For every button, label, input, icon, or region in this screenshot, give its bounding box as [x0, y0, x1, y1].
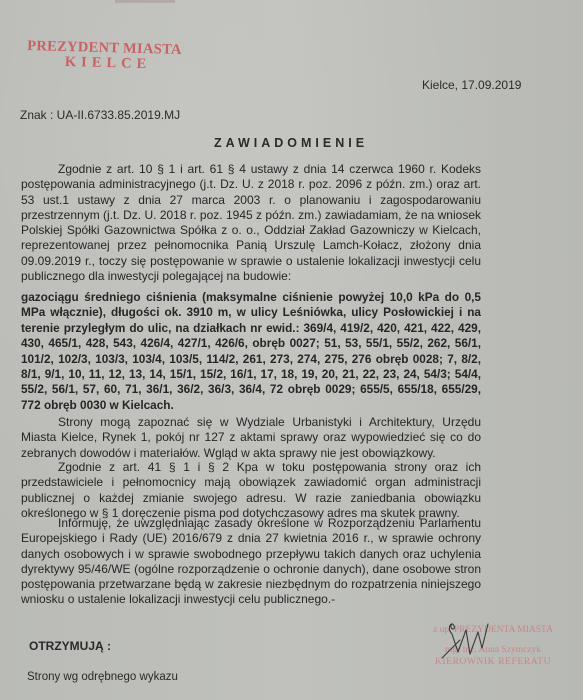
recipients-heading: OTRZYMUJĄ : — [29, 639, 111, 653]
paragraph-investment-description: gazociągu średniego ciśnienia (maksymaln… — [21, 290, 481, 413]
paragraph-gdpr-notice: Informuję, że uwzględniając zasady okreś… — [21, 516, 481, 608]
paragraph-case-files-access: Strony mogą zapoznać się w Wydziale Urba… — [21, 415, 481, 461]
recipients-list: Strony wg odrębnego wykazu — [27, 671, 178, 683]
paper-edge-mark — [115, 0, 175, 3]
reference-number: Znak : UA-II.6733.85.2019.MJ — [20, 108, 180, 122]
paragraph-address-change-duty-text: Zgodnie z art. 41 § 1 i § 2 Kpa w toku p… — [21, 460, 481, 520]
document-page: PREZYDENT MIASTA KIELCE Kielce, 17.09.20… — [0, 0, 583, 700]
paragraph-address-change-duty: Zgodnie z art. 41 § 1 i § 2 Kpa w toku p… — [21, 460, 481, 521]
paragraph-case-files-access-text: Strony mogą zapoznać się w Wydziale Urba… — [21, 415, 481, 460]
handwritten-signature-icon — [438, 618, 508, 662]
issuer-stamp: PREZYDENT MIASTA KIELCE — [27, 39, 182, 73]
place-date: Kielce, 17.09.2019 — [422, 78, 521, 92]
paragraph-legal-basis: Zgodnie z art. 10 § 1 i art. 61 § 4 usta… — [21, 162, 481, 284]
paragraph-legal-basis-text: Zgodnie z art. 10 § 1 i art. 61 § 4 usta… — [21, 162, 481, 283]
document-title: ZAWIADOMIENIE — [214, 136, 368, 150]
paragraph-gdpr-notice-text: Informuję, że uwzględniając zasady okreś… — [21, 516, 481, 606]
